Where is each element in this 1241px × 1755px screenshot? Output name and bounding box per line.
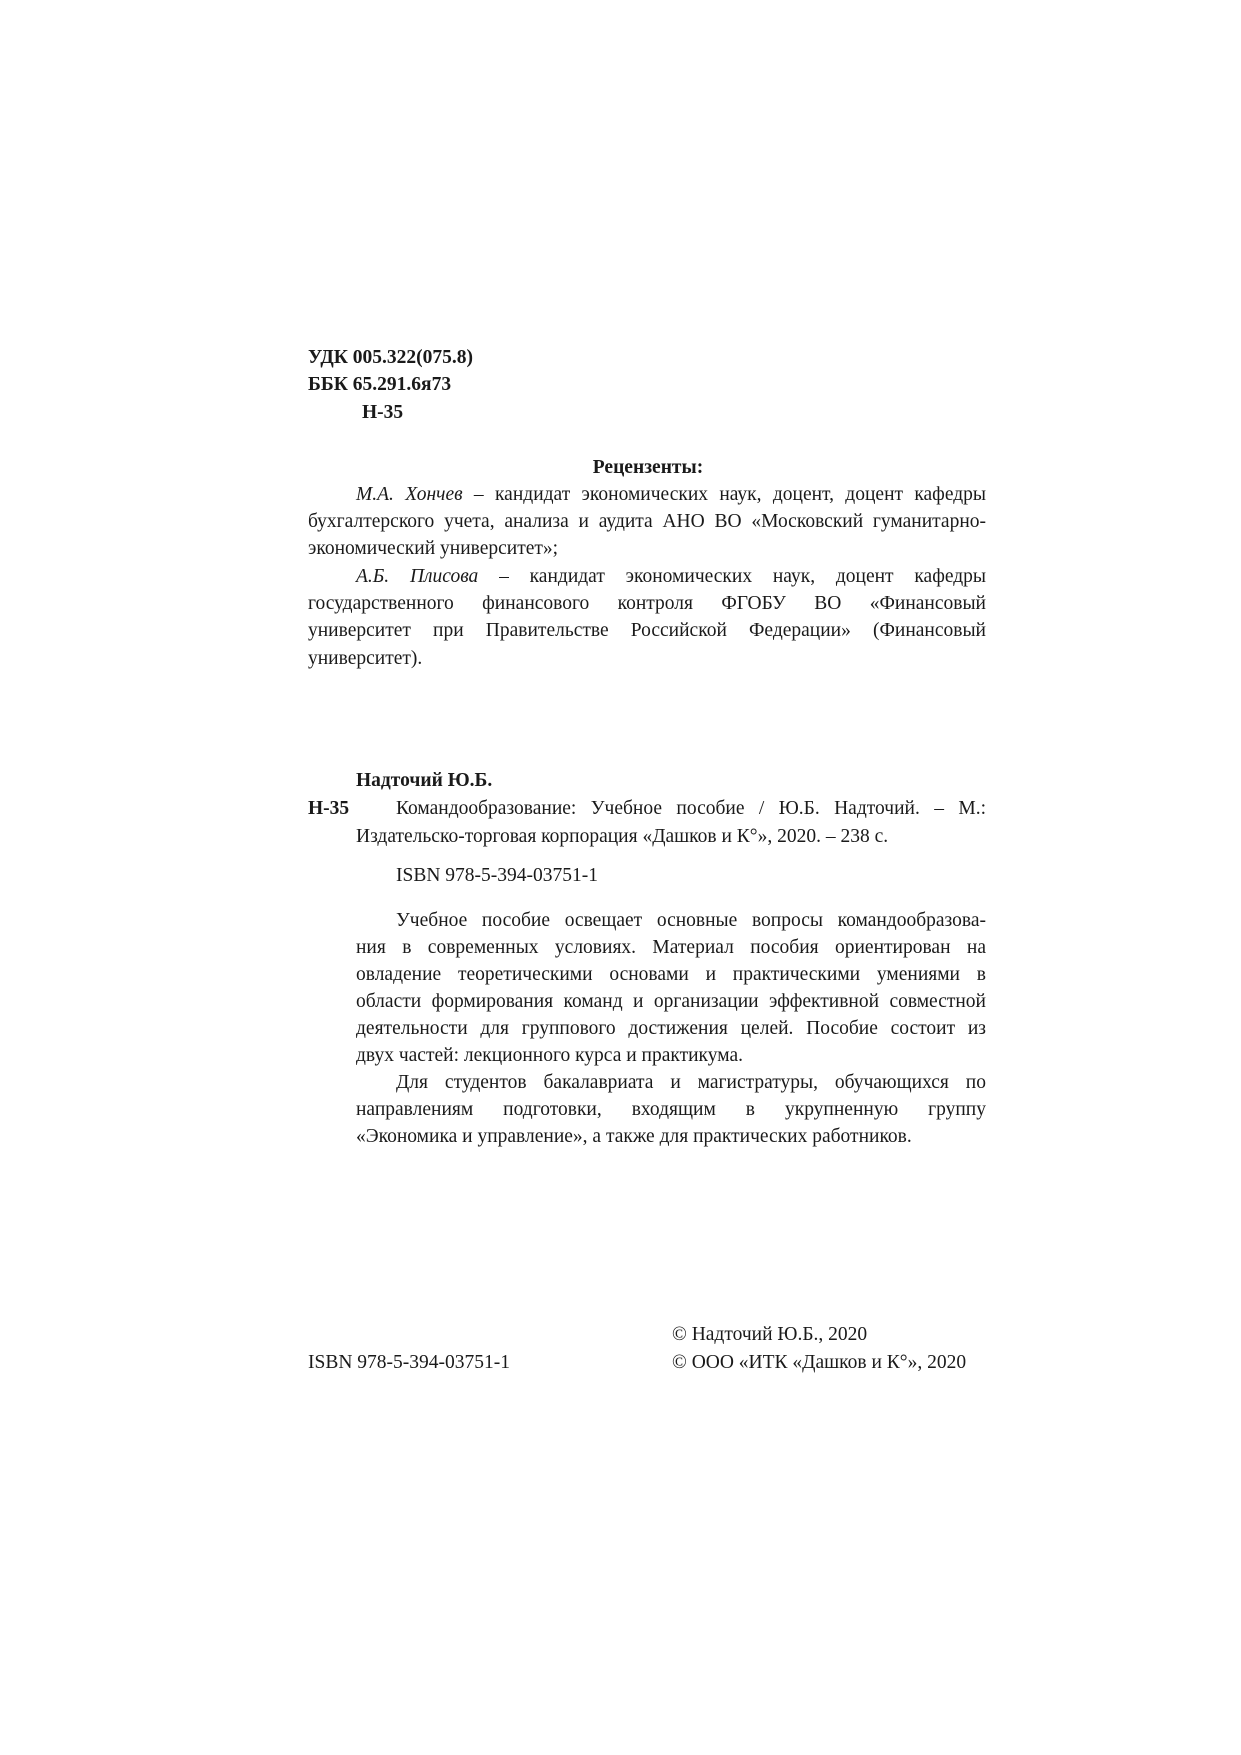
author-mark: Н-35 [362,402,403,424]
annotation-p1-line-3: овладение теоретическими основами и прак… [356,964,986,986]
reviewer-2-name: А.Б. Плисова [356,566,478,587]
copyright-author: © Надточий Ю.Б., 2020 [672,1324,867,1346]
reviewer-2-line-4: университет). [308,648,422,670]
annotation-p2-line-3: «Экономика и управление», а также для пр… [356,1126,912,1148]
udk-code: УДК 005.322(075.8) [308,347,473,369]
reviewer-2-line-2: государственного финансового контроля ФГ… [308,593,986,615]
annotation-p1-line-5: деятельности для группового достижения ц… [356,1018,986,1040]
reviewers-heading: Рецензенты: [308,457,988,479]
book-title-line-1: Командообразование: Учебное пособие / Ю.… [396,798,986,820]
reviewer-2-line-3: университет при Правительстве Российской… [308,620,986,642]
annotation-p1-line-1: Учебное пособие освещает основные вопрос… [396,910,986,932]
bbk-code: ББК 65.291.6я73 [308,374,451,396]
reviewer-1-desc: – кандидат экономических наук, доцент, д… [463,484,986,505]
reviewer-1-line-1: М.А. Хончев – кандидат экономических нау… [356,484,986,506]
copyright-publisher: © ООО «ИТК «Дашков и К°», 2020 [672,1352,966,1374]
annotation-p1-line-6: двух частей: лекционного курса и практик… [356,1045,743,1067]
annotation-p1-line-4: области формирования команд и организаци… [356,991,986,1013]
annotation-p2-line-2: направлениям подготовки, входящим в укру… [356,1099,986,1121]
footer-isbn: ISBN 978-5-394-03751-1 [308,1352,510,1374]
reviewer-1-line-3: экономический университет»; [308,538,558,560]
book-title-line-2: Издательско-торговая корпорация «Дашков … [356,826,888,848]
annotation-p2-line-1: Для студентов бакалавриата и магистратур… [396,1072,986,1094]
reviewer-2-desc: – кандидат экономических наук, доцент ка… [478,566,986,587]
book-mark: Н-35 [308,798,349,820]
annotation-p1-line-2: ния в современных условиях. Материал пос… [356,937,986,959]
book-isbn: ISBN 978-5-394-03751-1 [396,865,598,887]
reviewer-1-name: М.А. Хончев [356,484,463,505]
reviewer-1-line-2: бухгалтерского учета, анализа и аудита А… [308,511,986,533]
reviewer-2-line-1: А.Б. Плисова – кандидат экономических на… [356,566,986,588]
book-author: Надточий Ю.Б. [356,770,492,792]
